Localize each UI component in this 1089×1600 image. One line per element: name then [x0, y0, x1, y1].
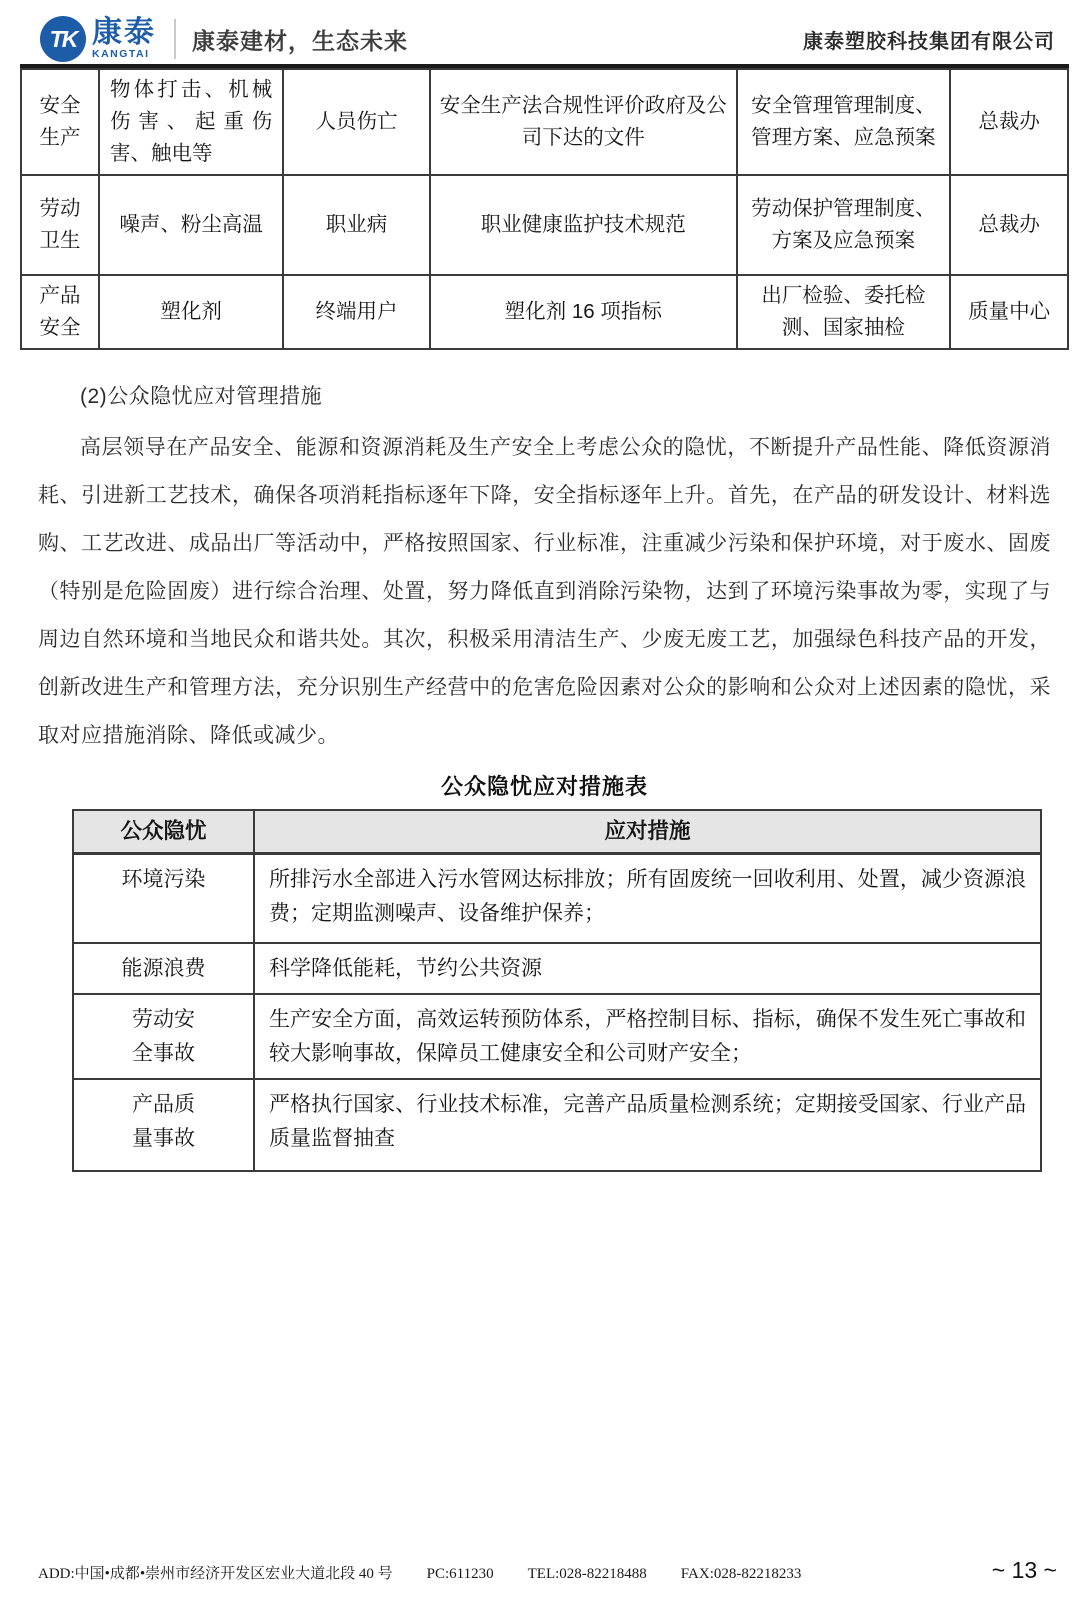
table-header-row: 公众隐忧 应对措施: [73, 810, 1041, 854]
cell-basis: 职业健康监护技术规范: [430, 175, 737, 275]
section-heading: (2)公众隐忧应对管理措施: [38, 380, 1051, 410]
risk-table: 安全 生产 物体打击、机械伤害、起重伤害、触电等 人员伤亡 安全生产法合规性评价…: [20, 68, 1069, 350]
cell-dept: 总裁办: [950, 175, 1068, 275]
cell-measure: 严格执行国家、行业技术标准，完善产品质量检测系统；定期接受国家、行业产品质量监督…: [254, 1079, 1041, 1171]
footer-postcode: PC:611230: [427, 1566, 494, 1583]
logo-wordmark: 康泰 KANGTAI: [92, 18, 156, 60]
table-row: 产品质 量事故 严格执行国家、行业技术标准，完善产品质量检测系统；定期接受国家、…: [73, 1079, 1041, 1171]
cell-measures: 劳动保护管理制度、方案及应急预案: [737, 175, 951, 275]
table-row: 劳动安 全事故 生产安全方面，高效运转预防体系，严格控制目标、指标，确保不发生死…: [73, 994, 1041, 1079]
cell-impact: 人员伤亡: [283, 69, 430, 175]
logo-tk-icon: TK: [40, 16, 86, 62]
company-name: 康泰塑胶科技集团有限公司: [803, 25, 1055, 54]
cell-hazard: 物体打击、机械伤害、起重伤害、触电等: [99, 69, 283, 175]
footer-tel: TEL:028-82218488: [528, 1566, 647, 1583]
cell-measures: 安全管理管理制度、管理方案、应急预案: [737, 69, 951, 175]
cell-concern: 劳动安 全事故: [73, 994, 254, 1079]
cell-dept: 质量中心: [950, 275, 1068, 349]
document-page: TK 康泰 KANGTAI 康泰建材，生态未来 康泰塑胶科技集团有限公司 安全 …: [0, 0, 1089, 1600]
header-measure: 应对措施: [254, 810, 1041, 854]
cell-basis: 塑化剂 16 项指标: [430, 275, 737, 349]
page-number: ~ 13 ~: [992, 1557, 1057, 1584]
page-footer: ADD:中国•成都•崇州市经济开发区宏业大道北段 40 号 PC:611230 …: [38, 1557, 1057, 1584]
logo-tk-text: TK: [50, 26, 77, 53]
cell-dept: 总裁办: [950, 69, 1068, 175]
body-paragraph: 高层领导在产品安全、能源和资源消耗及生产安全上考虑公众的隐忧，不断提升产品性能、…: [38, 424, 1051, 760]
cell-hazard: 噪声、粉尘高温: [99, 175, 283, 275]
header-concern: 公众隐忧: [73, 810, 254, 854]
cell-concern: 环境污染: [73, 854, 254, 943]
company-slogan: 康泰建材，生态未来: [192, 23, 408, 56]
cell-concern: 能源浪费: [73, 943, 254, 995]
header-divider: [174, 19, 176, 59]
table-row: 能源浪费 科学降低能耗，节约公共资源: [73, 943, 1041, 995]
table-row: 劳动 卫生 噪声、粉尘高温 职业病 职业健康监护技术规范 劳动保护管理制度、方案…: [21, 175, 1068, 275]
company-logo: TK 康泰 KANGTAI: [40, 16, 156, 62]
cell-concern: 产品质 量事故: [73, 1079, 254, 1171]
measures-table: 公众隐忧 应对措施 环境污染 所排污水全部进入污水管网达标排放；所有固废统一回收…: [72, 809, 1042, 1173]
measures-table-title: 公众隐忧应对措施表: [0, 770, 1089, 801]
cell-basis: 安全生产法合规性评价政府及公司下达的文件: [430, 69, 737, 175]
table-row: 环境污染 所排污水全部进入污水管网达标排放；所有固废统一回收利用、处置，减少资源…: [73, 854, 1041, 943]
cell-measures: 出厂检验、委托检测、国家抽检: [737, 275, 951, 349]
logo-cn-text: 康泰: [92, 18, 156, 48]
cell-impact: 职业病: [283, 175, 430, 275]
cell-category: 安全 生产: [21, 69, 99, 175]
cell-category: 劳动 卫生: [21, 175, 99, 275]
footer-address: ADD:中国•成都•崇州市经济开发区宏业大道北段 40 号: [38, 1562, 393, 1583]
cell-measure: 科学降低能耗，节约公共资源: [254, 943, 1041, 995]
table-row: 安全 生产 物体打击、机械伤害、起重伤害、触电等 人员伤亡 安全生产法合规性评价…: [21, 69, 1068, 175]
cell-category: 产品 安全: [21, 275, 99, 349]
logo-en-text: KANGTAI: [92, 49, 156, 60]
cell-impact: 终端用户: [283, 275, 430, 349]
table-row: 产品 安全 塑化剂 终端用户 塑化剂 16 项指标 出厂检验、委托检测、国家抽检…: [21, 275, 1068, 349]
cell-measure: 所排污水全部进入污水管网达标排放；所有固废统一回收利用、处置，减少资源浪费；定期…: [254, 854, 1041, 943]
cell-hazard: 塑化剂: [99, 275, 283, 349]
cell-measure: 生产安全方面，高效运转预防体系，严格控制目标、指标，确保不发生死亡事故和较大影响…: [254, 994, 1041, 1079]
footer-fax: FAX:028-82218233: [681, 1566, 802, 1583]
page-header: TK 康泰 KANGTAI 康泰建材，生态未来 康泰塑胶科技集团有限公司: [20, 0, 1069, 68]
